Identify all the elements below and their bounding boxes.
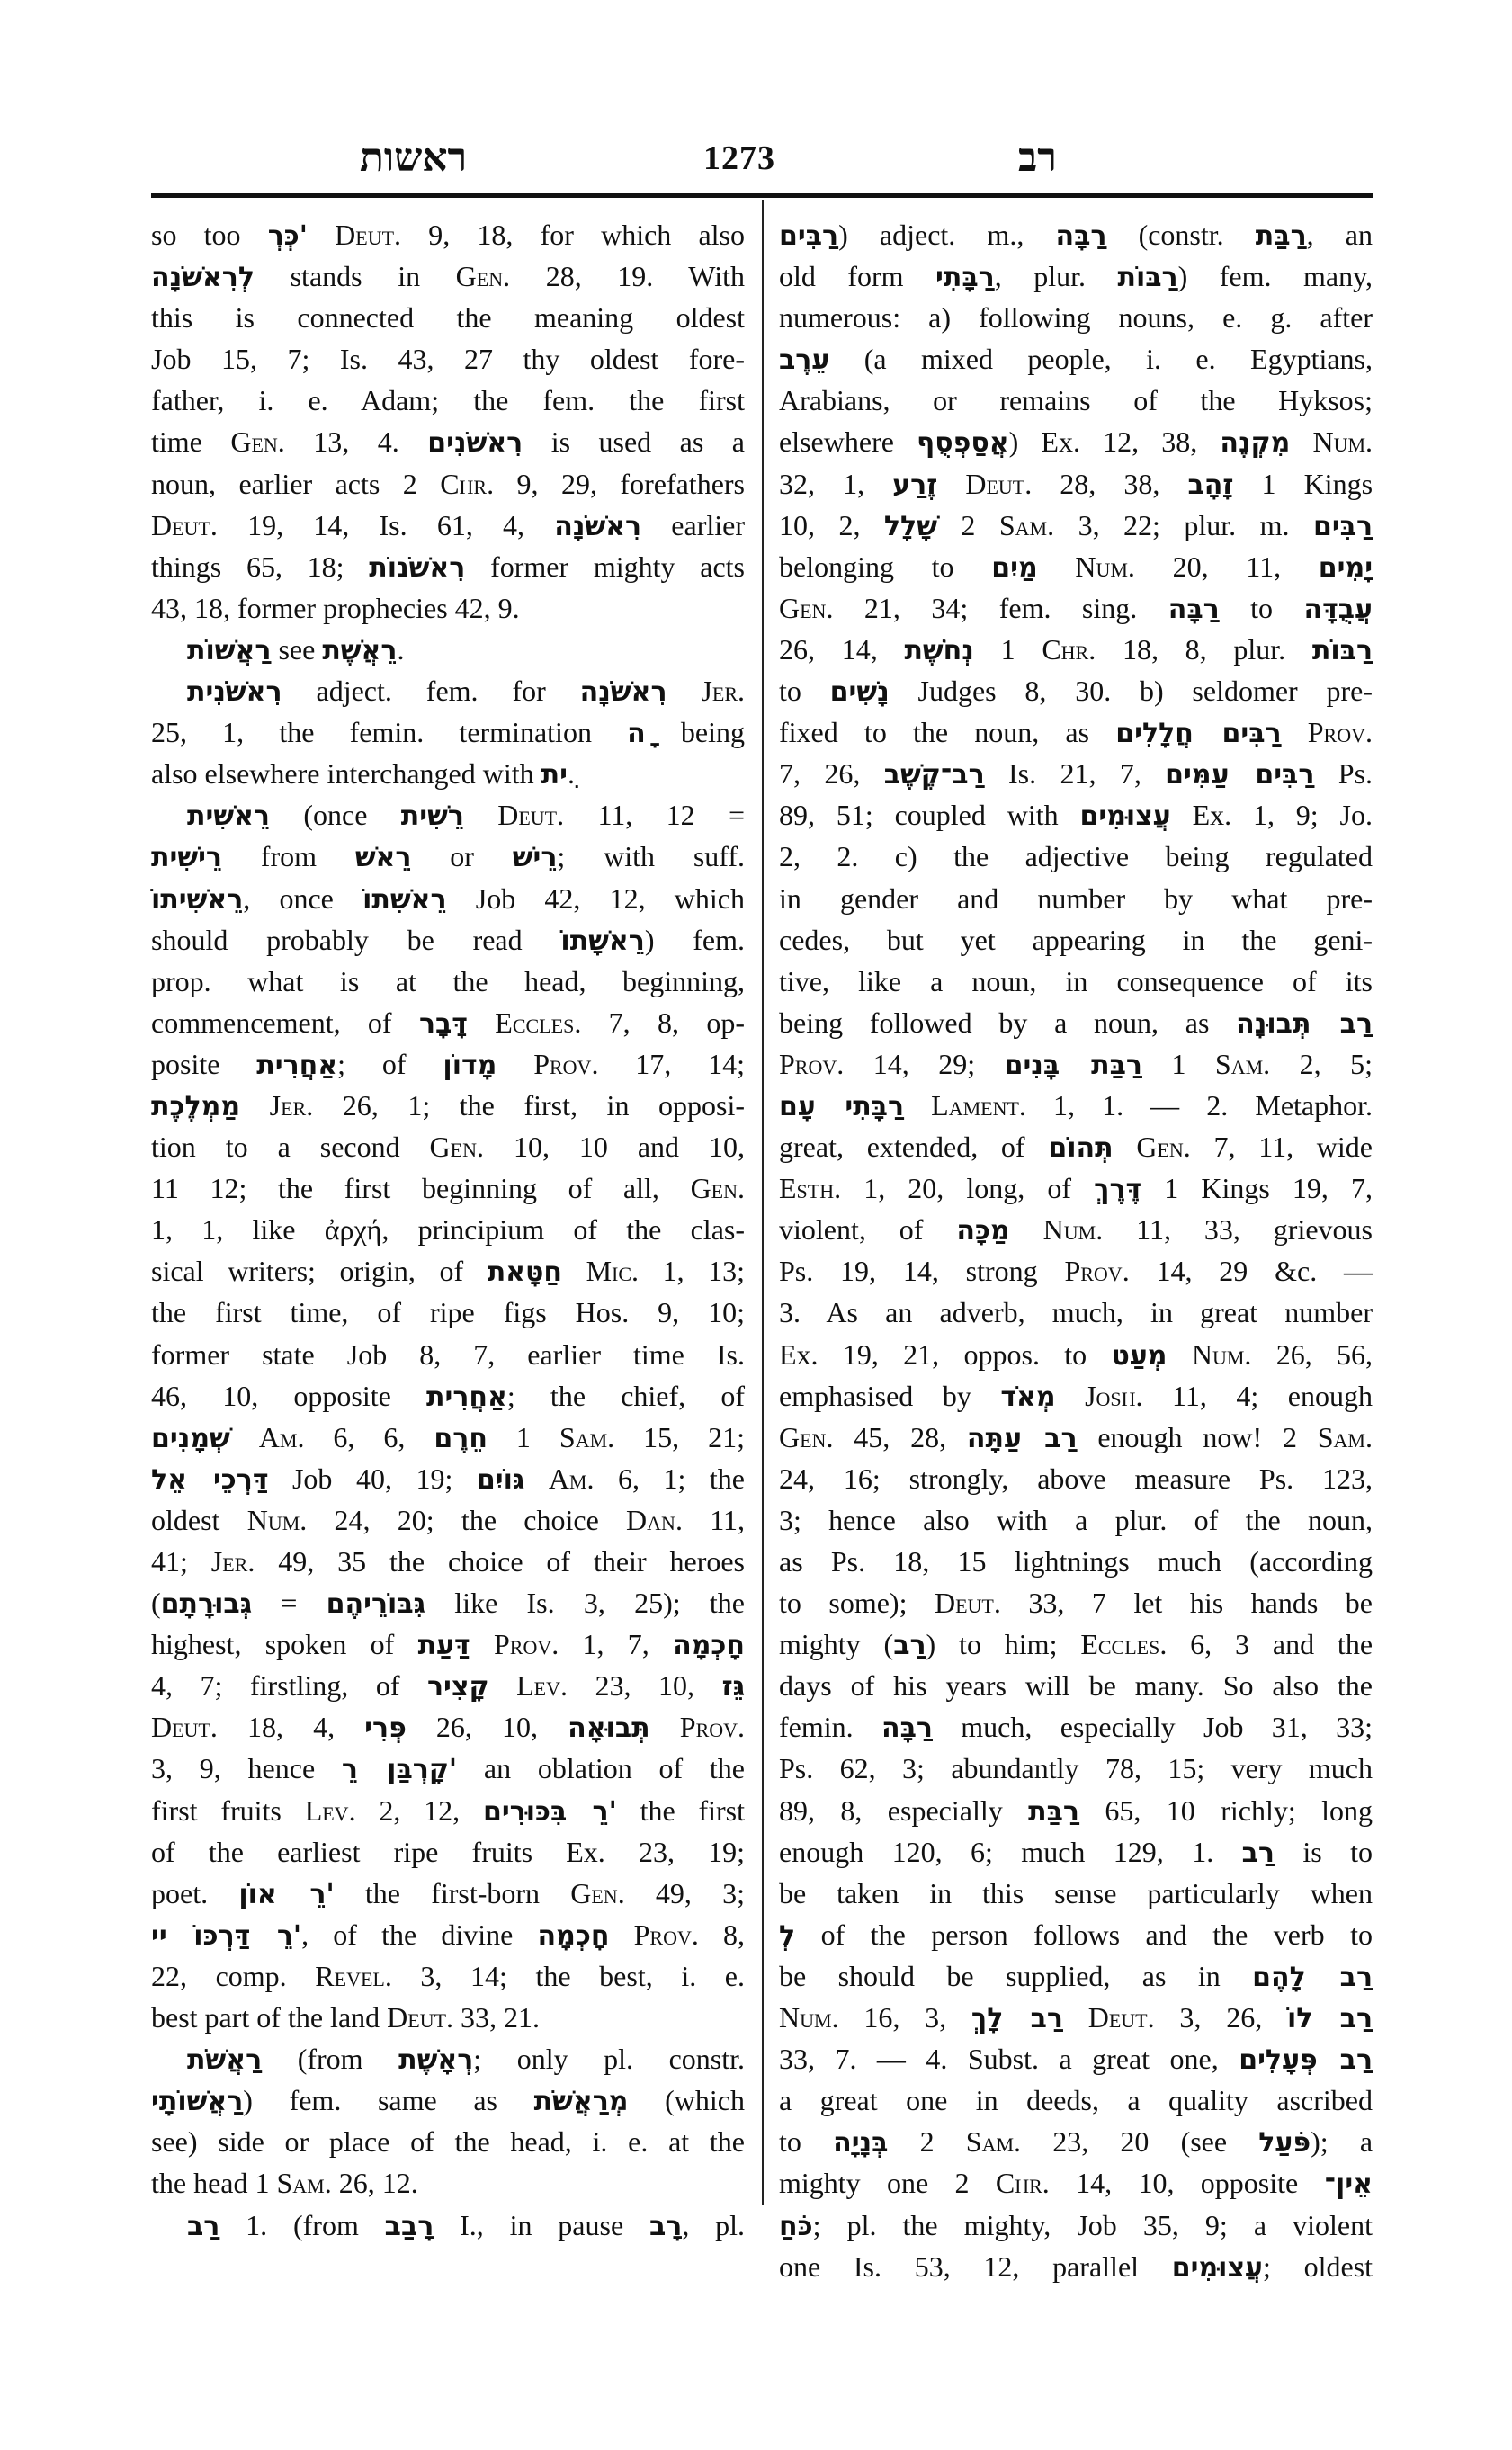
text-line: עֵרֶב (a mixed people, i. e. Egyptians, [779,338,1373,380]
hebrew-word: זֶרַע [892,469,937,501]
hebrew-word: שָׁלָל [884,511,937,542]
book-reference: Sam [1318,1421,1365,1453]
hebrew-word: תְּהוֹם [1048,1132,1113,1164]
text-line: enough 120, 6; much 129, 1. רַב is to [779,1831,1373,1873]
text-line: 2, 2. c) the adjective being regulated [779,836,1373,877]
book-reference: Prov [494,1628,551,1660]
text-line: in gender and number by what pre- [779,878,1373,919]
hebrew-word: תְּבוּאָה [568,1712,650,1744]
text-line: לְרִאשֹׁנָה stands in Gen. 28, 19. With [151,255,745,297]
hebrew-word: יָמִים [1319,552,1373,584]
text-line: כֹּחַ; pl. the mighty, Job 35, 9; a viol… [779,2204,1373,2246]
book-reference: Deut [497,799,557,831]
text-line: mighty one 2 Chr. 14, 10, opposite אֵין־ [779,2162,1373,2204]
text-line: 'רֵ דַּרְכּוֹ יי, of the divine חָכְמָה … [151,1914,745,1955]
hebrew-word: מִקְנֶה [1220,427,1290,459]
hebrew-word: רַב עַתָּה [967,1423,1078,1454]
column-divider [762,200,764,2205]
hebrew-word: רַבּוֹת [1117,262,1177,293]
text-line: elsewhere אֲסַפְסֻף) Ex. 12, 38, מִקְנֶה… [779,421,1373,462]
text-line: 33, 7. — 4. Subst. a great one, רַב פְּע… [779,2038,1373,2079]
book-reference: Sam [966,2125,1014,2158]
text-line: Prov. 14, 29; רַבַּת בָּנִים 1 Sam. 2, 5… [779,1043,1373,1085]
hebrew-word: פֹּעַל [1258,2127,1311,2159]
hebrew-word: רַב־קֶשֶׁב [884,759,985,791]
book-reference: Am [259,1421,298,1453]
hebrew-word: מַיִם [991,552,1037,584]
text-line: Esth. 1, 20, long, of דֶּרֶךְ 1 Kings 19… [779,1167,1373,1209]
text-line: 22, comp. Revel. 3, 14; the best, i. e. [151,1955,745,1997]
hebrew-word: רֵישִׁית [151,842,222,873]
text-line: 26, 14, נְחֹשֶׁת 1 Chr. 18, 8, plur. רַב… [779,629,1373,670]
text-line: so too 'כְּרְ Deut. 9, 18, for which als… [151,214,745,255]
book-reference: Num [1192,1338,1245,1371]
hebrew-word: רַבִּים [779,220,838,252]
hebrew-word: אַחֲרִית [256,1050,337,1081]
text-line: רַאֲשׁוֹת see רֵאֲשֶׁת. [151,629,745,670]
text-line: (גְּבוּרָתָם = גִּבּוֹרֵיהֶם like Is. 3,… [151,1582,745,1623]
hebrew-word: רֵאשָׁתוֹ [560,925,644,957]
text-line: 11 12; the first beginning of all, Gen. [151,1167,745,1209]
running-head: ראשות 1273 רב [151,135,1374,189]
text-line: tion to a second Gen. 10, 10 and 10, [151,1126,745,1167]
header-rule [151,193,1373,198]
book-reference: Eccles [1080,1628,1159,1660]
text-line: also elsewhere interchanged with ִית. [151,753,745,794]
book-reference: Revel [315,1960,385,1992]
hebrew-word: עֲצוּמִים [1079,800,1170,832]
hebrew-word: רַב תְּבוּנָה [1236,1008,1373,1040]
book-reference: Gen [456,260,503,292]
book-reference: Deut [965,468,1024,500]
hebrew-word: מְרַאֲשֹׁת [534,2086,629,2117]
hebrew-word: עֵרֶב [779,344,829,376]
hebrew-word: 'רֵ בִּכּוּרִים [483,1796,617,1828]
hebrew-word: 'קָרְבַּן רֵ [342,1754,457,1785]
right-running-head: רב [1018,135,1057,181]
text-line: Gen. 45, 28, רַב עַתָּה enough now! 2 Sa… [779,1417,1373,1458]
text-line: Job 15, 7; Is. 43, 27 thy oldest fore- [151,338,745,380]
hebrew-word: רַב [187,2211,219,2242]
left-column: so too 'כְּרְ Deut. 9, 18, for which als… [151,214,745,2246]
book-reference: Esth [779,1172,834,1204]
hebrew-word: חָכְמָה [538,1920,610,1952]
book-reference: Deut [1088,2001,1148,2034]
hebrew-word: נָשִׁים [830,676,890,708]
book-reference: Prov [1064,1255,1122,1287]
book-reference: Deut [151,509,210,541]
text-line: 10, 2, שָׁלָל 2 Sam. 3, 22; plur. m. רַב… [779,505,1373,546]
hebrew-word: רָבַב [385,2211,434,2242]
book-reference: Am [549,1462,587,1495]
hebrew-word: רַבַּת [1028,1796,1079,1828]
hebrew-word: דַּרְכֵי אֵל [151,1464,268,1496]
text-line: 3, 9, hence 'קָרְבַּן רֵ an oblation of … [151,1748,745,1789]
book-reference: Mic [586,1255,631,1287]
text-line: noun, earlier acts 2 Chr. 9, 29, forefat… [151,463,745,505]
text-line: posite אַחֲרִית; of מָדוֹן Prov. 17, 14; [151,1043,745,1085]
hebrew-word: ָה [627,718,646,749]
book-reference: Sam [559,1421,607,1453]
text-line: 43, 18, former prophecies 42, 9. [151,587,745,629]
hebrew-word: רַאֲשֹׁת [187,2044,262,2076]
hebrew-word: מַכָּה [956,1215,1009,1247]
text-line: דַּרְכֵי אֵל Job 40, 19; גּוֹיִם Am. 6, … [151,1458,745,1499]
hebrew-word: רַבַּת [1256,220,1307,252]
text-line: femin. רַבָּה much, especially Job 31, 3… [779,1706,1373,1748]
hebrew-word: רִאשֹׁנָה [580,676,667,708]
text-line: the first time, of ripe figs Hos. 9, 10; [151,1292,745,1333]
text-line: רַב 1. (from רָבַב I., in pause רָב, pl. [151,2204,745,2246]
text-line: 89, 8, especially רַבַּת 65, 10 richly; … [779,1790,1373,1831]
hebrew-word: רַב [893,1630,926,1661]
text-line: days of his years will be many. So also … [779,1665,1373,1706]
hebrew-word: רַב פְּעָלִים [1239,2044,1373,2076]
hebrew-word: 'רֵ דַּרְכּוֹ יי [151,1920,301,1952]
hebrew-word: זָהָב [1187,469,1233,501]
book-reference: Num [1312,425,1365,458]
text-line: best part of the land Deut. 33, 21. [151,1997,745,2038]
hebrew-word: בְּנָיָה [833,2127,888,2159]
hebrew-word: רֵאשִׁתוֹ [362,884,446,916]
text-line: belonging to מַיִם Num. 20, 11, יָמִים [779,546,1373,587]
book-reference: Lev [305,1794,349,1827]
text-line: one Is. 53, 12, parallel עֲצוּמִים; olde… [779,2246,1373,2287]
text-line: שְׁמָנִים Am. 6, 6, חֵרֶם 1 Sam. 15, 21; [151,1417,745,1458]
hebrew-word: גּוֹיִם [477,1464,524,1496]
text-line: violent, of מַכָּה Num. 11, 33, grievous [779,1209,1373,1250]
hebrew-word: אֵין־ [1325,2168,1373,2200]
book-reference: Gen [779,592,826,624]
book-reference: Dan [626,1504,675,1536]
text-line: רִאשֹׁנִית adject. fem. for רִאשֹׁנָה Je… [151,670,745,711]
hebrew-word: גֵּז [722,1671,745,1703]
hebrew-word: רַב לָהֶם [1252,1962,1373,1993]
text-line: רֵאשִׁיתוֹ, once רֵאשִׁתוֹ Job 42, 12, w… [151,878,745,919]
book-reference: Jer [270,1089,307,1122]
text-line: tive, like a noun, in consequence of its [779,961,1373,1002]
text-line: לְ of the person follows and the verb to [779,1914,1373,1955]
hebrew-word: גְּבוּרָתָם [161,1588,252,1620]
text-line: a great one in deeds, a quality ascribed [779,2079,1373,2121]
book-reference: Deut [935,1587,994,1619]
text-line: 24, 16; strongly, above measure Ps. 123, [779,1458,1373,1499]
text-line: Ex. 19, 21, oppos. to מְעַט Num. 26, 56, [779,1334,1373,1375]
hebrew-word: רֵאשׁ [355,842,412,873]
text-line: to נָשִׁים Judges 8, 30. b) seldomer pre… [779,670,1373,711]
text-line: be should be supplied, as in רַב לָהֶם [779,1955,1373,1997]
text-line: רֵישִׁית from רֵאשׁ or רֵישׁ; with suff. [151,836,745,877]
hebrew-word: רִאשֹׁנָה [554,511,641,542]
hebrew-word: אַחֲרִית [426,1381,507,1413]
hebrew-word: כֹּחַ [779,2211,813,2242]
book-reference: Lament [931,1089,1019,1122]
text-line: Deut. 18, 4, פְּרִי 26, 10, תְּבוּאָה Pr… [151,1706,745,1748]
hebrew-word: דֶּרֶךְ [1094,1174,1141,1205]
text-line: fixed to the noun, as רַבִּים חֲלָלִים P… [779,711,1373,753]
book-reference: Gen [230,425,277,458]
book-reference: Num [1075,550,1128,583]
hebrew-word: דָּבָר [419,1008,468,1040]
text-line: Deut. 19, 14, Is. 61, 4, רִאשֹׁנָה earli… [151,505,745,546]
book-reference: Prov [779,1048,837,1080]
text-line: 89, 51; coupled with עֲצוּמִים Ex. 1, 9;… [779,794,1373,836]
text-line: as Ps. 18, 15 lightnings much (according [779,1541,1373,1582]
right-column: רַבִּים) adject. m., רַבָּה (constr. רַב… [779,214,1373,2287]
hebrew-word: נְחֹשֶׁת [904,635,973,666]
hebrew-word: מְאֹד [1000,1381,1055,1413]
text-line: Gen. 21, 34; fem. sing. רַבָּה to עֲבֻדָ… [779,587,1373,629]
text-line: highest, spoken of דַּעַת Prov. 1, 7, חָ… [151,1623,745,1665]
hebrew-word: רַבָּה [1168,594,1220,625]
hebrew-word: קָצִיר [427,1671,489,1703]
text-line: numerous: a) following nouns, e. g. afte… [779,297,1373,338]
text-line: 1, 1, like ἀρχή, principium of the clas- [151,1209,745,1250]
hebrew-word: רַב לוֹ [1287,2003,1373,2034]
book-reference: Prov [533,1048,591,1080]
hebrew-word: עֲבֻדָּה [1304,594,1373,625]
text-line: prop. what is at the head, beginning, [151,961,745,1002]
text-line: רַבָּתִי עָם Lament. 1, 1. — 2. Metaphor… [779,1085,1373,1126]
text-line: things 65, 18; רִאשֹׁנוֹת former mighty … [151,546,745,587]
hebrew-word: גִּבּוֹרֵיהֶם [327,1588,425,1620]
hebrew-word: 'כְּרְ [268,220,308,252]
hebrew-word: רַאֲשׁוֹת [187,635,271,666]
hebrew-word: רַבָּה [881,1712,933,1744]
hebrew-word: אֲסַפְסֻף [917,427,1009,459]
book-reference: Num [1043,1213,1096,1246]
text-line: great, extended, of תְּהוֹם Gen. 7, 11, … [779,1126,1373,1167]
hebrew-word: רֵאשִׁית [187,800,270,832]
book-reference: Chr [996,2167,1042,2199]
hebrew-word: רִאשֹׁנוֹת [369,552,465,584]
book-reference: Deut [335,219,394,251]
hebrew-word: רַבִּים חֲלָלִים [1115,718,1281,749]
book-reference: Num [247,1504,300,1536]
hebrew-word: ִית [541,759,568,791]
book-reference: Chr [1042,633,1088,666]
book-reference: Prov [680,1711,738,1743]
hebrew-word: רַבַּת בָּנִים [1005,1050,1142,1081]
text-line: be taken in this sense particularly when [779,1873,1373,1914]
hebrew-word: רַאֲשׁוֹתָי [151,2086,243,2117]
text-line: cedes, but yet appearing in the geni- [779,919,1373,961]
hebrew-word: רַבָּתִי [935,262,995,293]
hebrew-word: עֲצוּמִים [1172,2252,1263,2284]
text-line: sical writers; origin, of חַטָּאת Mic. 1… [151,1250,745,1292]
text-line: to some); Deut. 33, 7 let his hands be [779,1582,1373,1623]
text-line: to בְּנָיָה 2 Sam. 23, 20 (see פֹּעַל); … [779,2121,1373,2162]
text-line: Ps. 62, 3; abundantly 78, 15; very much [779,1748,1373,1789]
hebrew-word: רֵאֲשֶׁת [322,635,397,666]
text-line: the head 1 Sam. 26, 12. [151,2162,745,2204]
book-reference: Gen [570,1877,617,1909]
text-line: should probably be read רֵאשָׁתוֹ) fem. [151,919,745,961]
text-line: Num. 16, 3, רַב לָךְ Deut. 3, 26, רַב לו… [779,1997,1373,2038]
text-line: 46, 10, opposite אַחֲרִית; the chief, of [151,1375,745,1417]
hebrew-word: חָכְמָה [673,1630,745,1661]
hebrew-word: דַּעַת [418,1630,470,1661]
left-running-head: ראשות [360,135,467,181]
hebrew-word: לְ [779,1920,795,1952]
text-line: 32, 1, זֶרַע Deut. 28, 38, זָהָב 1 Kings [779,463,1373,505]
text-line: 3. As an adverb, much, in great number [779,1292,1373,1333]
dictionary-page: ראשות 1273 רב so too 'כְּרְ Deut. 9, 18,… [0,0,1512,2450]
text-line: רַאֲשׁוֹתָי) fem. same as מְרַאֲשֹׁת (wh… [151,2079,745,2121]
text-line: see) side or place of the head, i. e. at… [151,2121,745,2162]
book-reference: Deut [151,1711,210,1743]
text-line: 3; hence also with a plur. of the noun, [779,1499,1373,1541]
book-reference: Jer [701,675,738,707]
book-reference: Gen [430,1131,477,1163]
hebrew-word: רֵאשִׁיתוֹ [151,884,243,916]
hebrew-word: חַטָּאת [488,1256,562,1288]
book-reference: Prov [1308,716,1365,748]
hebrew-word: שְׁמָנִים [151,1423,230,1454]
text-line: mighty (רַב) to him; Eccles. 6, 3 and th… [779,1623,1373,1665]
text-line: father, i. e. Adam; the fem. the first [151,380,745,421]
book-reference: Gen [1136,1131,1183,1163]
hebrew-word: מָדוֹן [443,1050,497,1081]
text-line: 25, 1, the femin. termination ָה being [151,711,745,753]
hebrew-word: רַב [1242,1837,1275,1869]
hebrew-word: לְרִאשֹׁנָה [151,262,255,293]
hebrew-word: רַבִּים [1313,511,1373,542]
book-reference: Sam [277,2167,325,2199]
hebrew-word: רָב [649,2211,682,2242]
text-line: of the earliest ripe fruits Ex. 23, 19; [151,1831,745,1873]
text-line: oldest Num. 24, 20; the choice Dan. 11, [151,1499,745,1541]
page-number: 1273 [703,139,775,178]
text-line: Arabians, or remains of the Hyksos; [779,380,1373,421]
hebrew-word: 'רֵ אוֹן [238,1879,334,1910]
text-line: רַבִּים) adject. m., רַבָּה (constr. רַב… [779,214,1373,255]
text-line: time Gen. 13, 4. רִאשֹׁנִים is used as a [151,421,745,462]
text-line: 4, 7; firstling, of קָצִיר Lev. 23, 10, … [151,1665,745,1706]
book-reference: Gen [779,1421,826,1453]
text-line: first fruits Lev. 2, 12, 'רֵ בִּכּוּרִים… [151,1790,745,1831]
book-reference: Chr [440,468,487,500]
book-reference: Jer [211,1545,248,1578]
text-line: 41; Jer. 49, 35 the choice of their hero… [151,1541,745,1582]
text-line: old form רַבָּתִי, plur. רַבּוֹת) fem. m… [779,255,1373,297]
book-reference: Josh [1085,1380,1135,1412]
book-reference: Sam [999,509,1047,541]
hebrew-word: רַבָּתִי עָם [779,1091,904,1122]
text-line: commencement, of דָּבָר Eccles. 7, 8, op… [151,1002,745,1043]
text-line: Ps. 19, 14, strong Prov. 14, 29 &c. — [779,1250,1373,1292]
text-line: מַמְלֶכֶת Jer. 26, 1; the first, in oppo… [151,1085,745,1126]
hebrew-word: רֵשִׁית [401,800,464,832]
hebrew-word: מַמְלֶכֶת [151,1091,240,1122]
book-reference: Gen [691,1172,738,1204]
hebrew-word: רִאשֹׁנִים [427,427,523,459]
text-line: רַאֲשֹׁת (from רְאָשֶׁת; only pl. constr… [151,2038,745,2079]
book-reference: Deut [387,2001,446,2034]
hebrew-word: רִאשֹׁנִית [187,676,282,708]
book-reference: Sam [1215,1048,1263,1080]
hebrew-word: מְעַט [1111,1340,1167,1372]
hebrew-word: רַבָּה [1055,220,1106,252]
text-line: emphasised by מְאֹד Josh. 11, 4; enough [779,1375,1373,1417]
text-line: poet. 'רֵ אוֹן the first-born Gen. 49, 3… [151,1873,745,1914]
text-line: this is connected the meaning oldest [151,297,745,338]
hebrew-word: רֵישׁ [513,842,558,873]
book-reference: Eccles [495,1006,574,1039]
book-reference: Lev [516,1669,560,1702]
hebrew-word: פְּרִי [364,1712,407,1744]
text-line: former state Job 8, 7, earlier time Is. [151,1334,745,1375]
hebrew-word: רַבּוֹת [1312,635,1373,666]
text-line: 7, 26, רַב־קֶשֶׁב Is. 21, 7, רַבִּים עַמ… [779,753,1373,794]
book-reference: Num [779,2001,832,2034]
text-line: רֵאשִׁית (once רֵשִׁית Deut. 11, 12 = [151,794,745,836]
book-reference: Prov [634,1918,692,1951]
hebrew-word: רְאָשֶׁת [398,2044,473,2076]
hebrew-word: חֵרֶם [434,1423,488,1454]
text-line: being followed by a noun, as רַב תְּבוּנ… [779,1002,1373,1043]
hebrew-word: רַב לָךְ [971,2003,1063,2034]
hebrew-word: רַבִּים עַמִּים [1165,759,1314,791]
